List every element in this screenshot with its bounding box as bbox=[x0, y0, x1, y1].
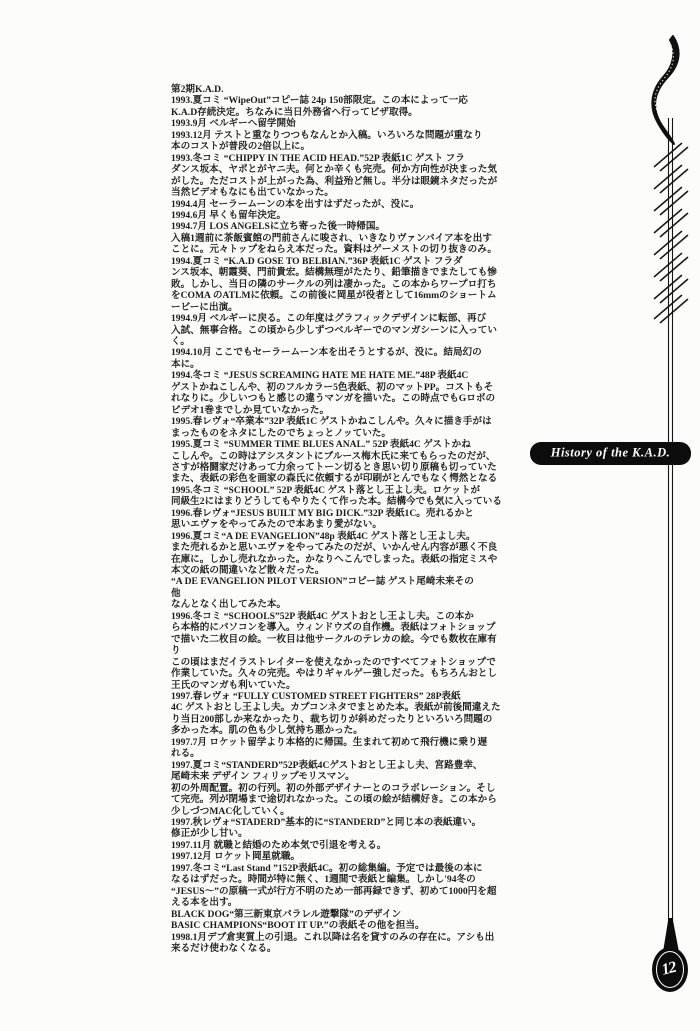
text-line: “JESUS〜”の原稿一式が行方不明のため一部再録できず、初めて1000円を超 bbox=[171, 886, 527, 897]
text-line: 1998.1月デブ倉実質上の引退。これ以降は名を貸すのみの存在に。アシも出 bbox=[171, 932, 527, 943]
text-line: ことに。元々トップをねらえ本だった。資料はゲーメストの切り抜きのみ。 bbox=[171, 244, 527, 255]
text-line: 本のコストが普段の2倍以上に。 bbox=[171, 141, 527, 152]
text-line: 1996.春レヴォ“JESUS BUILT MY BIG DICK.”32P 表… bbox=[171, 508, 527, 519]
text-line: り bbox=[171, 645, 527, 656]
barb-icons bbox=[654, 143, 688, 323]
text-line: “A DE EVANGELION PILOT VERSION”コピー誌 ゲスト尾… bbox=[171, 576, 527, 587]
text-line: 1996.冬コミ “SCHOOLS”52P 表紙4C ゲストおとし王よし夫。この… bbox=[171, 611, 527, 622]
text-line: 1994.夏コミ “K.A.D GOSE TO BELBIAN.”36P 表紙1… bbox=[171, 256, 527, 267]
text-line: なんとなく出してみた本。 bbox=[171, 599, 527, 610]
text-line: 1993.9月 ベルギーへ留学開始 bbox=[171, 118, 527, 129]
text-line: 敗。しかし、当日の隣のサークルの列は凄かった。この本からワープロ打ち bbox=[171, 279, 527, 290]
section-banner: History of the K.A.D. bbox=[531, 443, 690, 464]
text-line: 1995.夏コミ “SUMMER TIME BLUES ANAL.” 52P 表… bbox=[171, 439, 527, 450]
text-line: をCOMA のATLMに依頼。この前後に岡星が役者として16mmのショートム bbox=[171, 290, 527, 301]
text-line: 1997.秋レヴォ“STADERD”基本的に“STANDERD”と同じ本の表紙違… bbox=[171, 817, 527, 828]
text-line: 思いエヴァをやってみたので本あまり愛がない。 bbox=[171, 519, 527, 530]
text-line: 当然ビデオもなにも出ていなかった。 bbox=[171, 187, 527, 198]
text-line: り当日200部しか来なかったり、裁ち切りが斜めだったりといろいろ問題の bbox=[171, 714, 527, 725]
text-line: 王氏のマンガも利いていた。 bbox=[171, 680, 527, 691]
text-line: 同級生2にはまりどうしてもやりたくて作った本。結構今でも気に入っている bbox=[171, 496, 527, 507]
pennant-ribbon-icon bbox=[652, 36, 678, 144]
text-line: く。 bbox=[171, 336, 527, 347]
text-line: 1995.冬コミ “SCHOOL” 52P 表紙4C ゲスト落とし王よし夫。ロケ… bbox=[171, 485, 527, 496]
text-line: 1994.冬コミ “JESUS SCREAMING HATE ME HATE M… bbox=[171, 370, 527, 381]
text-line: まったものをネタにしたのでちょっとノッていた。 bbox=[171, 428, 527, 439]
text-line: 入稿1週前に茶飯賓館の門前さんに唆され、いきなりヴァンパイア本を出す bbox=[171, 233, 527, 244]
text-line: 1997.夏コミ“STANDERD”52P表紙4Cゲストおとし王よし夫、宮路豊幸… bbox=[171, 760, 527, 771]
text-line: BLACK DOG“第三新東京パラレル遊撃隊”のデザイン bbox=[171, 909, 527, 920]
text-line: K.A.D存続決定。ちなみに当日外務省へ行ってビザ取得。 bbox=[171, 107, 527, 118]
text-line: 作業していた。久々の完売。やはりギャルゲー強しだった。もちろんおとし bbox=[171, 668, 527, 679]
text-line: 1996.夏コミ“A DE EVANGELION”48p 表紙4C ゲスト落とし… bbox=[171, 531, 527, 542]
text-line: この頃はまだイラストレイターを使えなかったのですべてフォトショップで bbox=[171, 657, 527, 668]
text-line: 1994.4月 セーラームーンの本を出すはずだったが、没に。 bbox=[171, 199, 527, 210]
page-number-badge: 12 bbox=[652, 947, 688, 992]
banner-title: History of the K.A.D. bbox=[551, 446, 671, 461]
text-line: ンス坂本、朝霞葵、門前貴宏。結構無理がたたり、鉛筆描きでまたしても惨 bbox=[171, 267, 527, 278]
text-line: で描いた二枚目の絵。一枚目は他サークルのテレカの絵。今でも数枚在庫有 bbox=[171, 634, 527, 645]
text-line: 多かった本。肌の色も少し気持ち悪かった。 bbox=[171, 725, 527, 736]
text-line: 1994.9月 ベルギーに戻る。この年度はグラフィックデザインに転部、再び bbox=[171, 313, 527, 324]
text-line: 1997.7月 ロケット留学より本格的に帰国。生まれて初めて飛行機に乗り遅 bbox=[171, 737, 527, 748]
page-number: 12 bbox=[660, 958, 678, 979]
text-line: れなりに。少しいつもと感じの違うマンガを描いた。この時点でもGロボの bbox=[171, 393, 527, 404]
text-line: がした。ただコストが上がった為、利益殆ど無し。半分は眼鏡ネタだったが bbox=[171, 176, 527, 187]
text-line: 1993.12月 テストと重なりつつもなんとか入稿。いろいろな問題が重なり bbox=[171, 130, 527, 141]
text-line: 本文の紙の間違いなど散々だった。 bbox=[171, 565, 527, 576]
text-line: ビデオ1巻までしか見ていなかった。 bbox=[171, 405, 527, 416]
text-line: 1994.7月 LOS ANGELSに立ち寄った後一時帰国。 bbox=[171, 221, 527, 232]
text-line: 少しづつMAC化していく。 bbox=[171, 806, 527, 817]
text-line: ゲストかねこしんや、初のフルカラー5色表紙、初のマットPP。コストもそ bbox=[171, 382, 527, 393]
text-line: こしんや。この時はアシスタントにブルース梅木氏に来てもらったのだが、 bbox=[171, 451, 527, 462]
text-line: さすが格闘家だけあって力余ってトーン切るとき思い切り原稿も切っていた bbox=[171, 462, 527, 473]
text-line: 在庫に。しかし売れなかった。かなりへこんでしまった。表紙の指定ミスや bbox=[171, 554, 527, 565]
text-line: 1997.春レヴォ “FULLY CUSTOMED STREET FIGHTER… bbox=[171, 691, 527, 702]
text-line: 他 bbox=[171, 588, 527, 599]
text-line: 1997.11月 就職と結婚のため本気で引退を考える。 bbox=[171, 840, 527, 851]
text-line: 修正が少し甘い。 bbox=[171, 828, 527, 839]
text-line: 初の外周配置。初の行列。初の外部デザイナーとのコラボレーション。そし bbox=[171, 783, 527, 794]
text-line: ダンス坂本、ヤポとがヤニ夫。何とか辛くも完売。何か方向性が決まった気 bbox=[171, 164, 527, 175]
text-line: また売れるかと思いエヴァをやってみたのだが、いかんせん内容が悪く不良 bbox=[171, 542, 527, 553]
history-text-column: 第2期K.A.D.1993.夏コミ “WipeOut”コピー誌 24p 150部… bbox=[171, 84, 527, 954]
text-line: 1997.冬コミ“Last Stand ”152P表紙4C。初の総集編。予定では… bbox=[171, 863, 527, 874]
text-line: また、表紙の彩色を画家の森氏に依頼するが印刷がとんでもなく愕然となる bbox=[171, 473, 527, 484]
text-line: て完売。列が閉場まで途切れなかった。この頃の絵が結構好き。この本から bbox=[171, 794, 527, 805]
text-line: 第2期K.A.D. bbox=[171, 84, 527, 95]
text-line: BASIC CHAMPIONS“BOOT IT UP.”の表紙その他を担当。 bbox=[171, 920, 527, 931]
text-line: 4C ゲストおとし王よし夫。カプコンネタでまとめた本。表紙が前後間違えた bbox=[171, 702, 527, 713]
text-line: 1994.10月 ここでもセーラームーン本を出そうとするが、没に。結局幻の bbox=[171, 347, 527, 358]
text-line: れる。 bbox=[171, 748, 527, 759]
text-line: ら本格的にパソコンを導入。ウィンドウズの自作機。表紙はフォトショップ bbox=[171, 622, 527, 633]
text-line: 1995.春レヴォ“卒業本”32P 表紙1C ゲストかねこしんや。久々に描き手が… bbox=[171, 416, 527, 427]
text-line: 来るだけ使わなくなる。 bbox=[171, 943, 527, 954]
text-line: 尾崎未来 デザイン フィリップモリスマン。 bbox=[171, 771, 527, 782]
text-line: 本に。 bbox=[171, 359, 527, 370]
text-line: 1993.冬コミ “CHIPPY IN THE ACID HEAD.”52P 表… bbox=[171, 153, 527, 164]
text-line: 1993.夏コミ “WipeOut”コピー誌 24p 150部限定。この本によっ… bbox=[171, 95, 527, 106]
spear-decoration bbox=[620, 0, 700, 1031]
text-line: える本を出す。 bbox=[171, 897, 527, 908]
text-line: なるはずだった。時間が特に無く、1週間で表紙と編集。しかし'94冬の bbox=[171, 874, 527, 885]
text-line: ービーに出演。 bbox=[171, 302, 527, 313]
text-line: 1994.6月 早くも留年決定。 bbox=[171, 210, 527, 221]
text-line: 1997.12月 ロケット岡星就職。 bbox=[171, 851, 527, 862]
scanned-page: 第2期K.A.D.1993.夏コミ “WipeOut”コピー誌 24p 150部… bbox=[0, 0, 700, 1031]
text-line: 入試、無事合格。この頃から少しずつベルギーでのマンガシーンに入ってい bbox=[171, 325, 527, 336]
